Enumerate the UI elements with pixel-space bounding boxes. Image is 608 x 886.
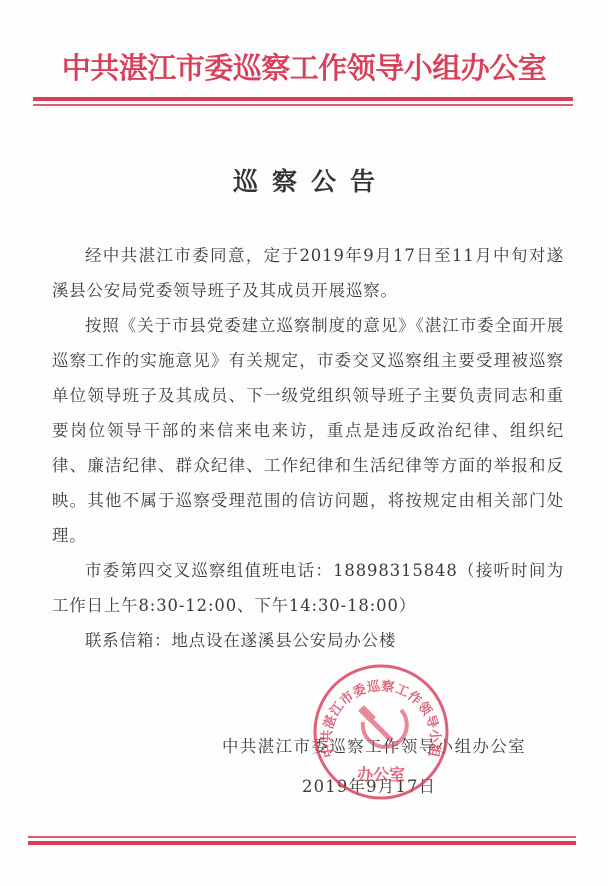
document-title: 巡察公告 [0,162,608,198]
paragraph-hotline: 市委第四交叉巡察组值班电话：18898315848（接听时间为工作日上午8:30… [52,553,564,623]
paragraph-scope: 按照《关于市县党委建立巡察制度的意见》《湛江市委全面开展巡察工作的实施意见》有关… [52,308,564,553]
letterhead-rule-thick [33,97,573,101]
document-body: 经中共湛江市委同意，定于2019年9月17日至11月中旬对遂溪县公安局党委领导班… [52,238,564,658]
footer-rule-thick [28,841,576,845]
paragraph-inspection-notice: 经中共湛江市委同意，定于2019年9月17日至11月中旬对遂溪县公安局党委领导班… [52,238,564,308]
seal-bottom-text: 办公室 [357,765,405,784]
paragraph-mailbox: 联系信箱：地点设在遂溪县公安局办公楼 [52,623,564,658]
official-seal-stamp: 中共湛江市委巡察工作领导小组 办公室 [311,662,451,802]
hammer-sickle-icon [361,708,407,747]
letterhead-rule-thin [33,104,573,106]
letterhead-title: 中共湛江市委巡察工作领导小组办公室 [0,46,608,87]
footer-rule-thin [28,836,576,838]
